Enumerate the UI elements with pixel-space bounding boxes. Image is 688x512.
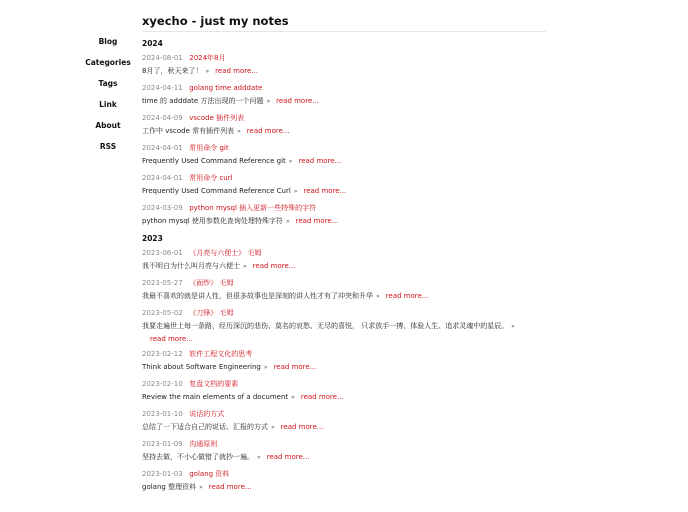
read-more-link[interactable]: read more... xyxy=(276,97,319,105)
separator-icon: » xyxy=(266,98,270,105)
read-more-link[interactable]: read more... xyxy=(253,262,296,270)
read-more-link[interactable]: read more... xyxy=(247,127,290,135)
post-summary: 我要走遍世上每一条路，经历深沉的悲伤、莫名的哀愁、无尽的喜悦， 只求放手一搏、体… xyxy=(142,322,508,330)
separator-icon: » xyxy=(257,454,261,461)
sidebar-item-blog[interactable]: Blog xyxy=(84,36,132,57)
post-title-link[interactable]: 《面纱》 毛姆 xyxy=(189,279,233,287)
post-date: 2024-04-09 xyxy=(142,112,187,124)
post-summary: 总结了一下适合自己的说话、汇报的方式 xyxy=(142,423,268,431)
post-date: 2023-01-09 xyxy=(142,438,187,450)
post-title-link[interactable]: 软件工程文化的思考 xyxy=(189,350,252,358)
read-more-link[interactable]: read more... xyxy=(303,187,346,195)
sidebar-item-rss[interactable]: RSS xyxy=(84,141,132,162)
post-item: 2023-02-12 软件工程文化的思考 Think about Softwar… xyxy=(142,348,546,375)
read-more-link[interactable]: read more... xyxy=(267,453,310,461)
post-title-link[interactable]: 沟通原则 xyxy=(189,440,217,448)
post-item: 2023-01-03 golang 资料 golang 整理资料»read mo… xyxy=(142,468,546,495)
post-date: 2024-04-11 xyxy=(142,82,187,94)
post-date: 2023-05-02 xyxy=(142,307,187,319)
separator-icon: » xyxy=(289,158,293,165)
post-summary: 8月了，秋天来了！ xyxy=(142,67,202,75)
main-content: xyecho - just my notes 2024 2024-08-01 2… xyxy=(142,13,546,495)
read-more-link[interactable]: read more... xyxy=(209,483,252,491)
post-item: 2023-01-09 沟通原则 坚持去做，不小心做错了就抄一遍。»read mo… xyxy=(142,438,546,465)
year-heading: 2024 xyxy=(142,38,546,49)
post-title-link[interactable]: python mysql 插入更新一些特殊的字符 xyxy=(189,204,316,212)
post-item: 2024-04-09 vscode 插件列表 工作中 vscode 常有插件列表… xyxy=(142,112,546,139)
separator-icon: » xyxy=(199,484,203,491)
sidebar-item-tags[interactable]: Tags xyxy=(84,78,132,99)
sidebar-item-about[interactable]: About xyxy=(84,120,132,141)
post-item: 2023-02-10 复盘文档的要素 Review the main eleme… xyxy=(142,378,546,405)
post-date: 2024-08-01 xyxy=(142,52,187,64)
post-title-link[interactable]: vscode 插件列表 xyxy=(189,114,244,122)
read-more-link[interactable]: read more... xyxy=(296,217,339,225)
read-more-link[interactable]: read more... xyxy=(298,157,341,165)
post-summary: python mysql 使用参数化查询处理特殊字符 xyxy=(142,217,283,225)
separator-icon: » xyxy=(294,188,298,195)
separator-icon: » xyxy=(264,364,268,371)
post-title-link[interactable]: 2024年8月 xyxy=(189,54,225,62)
site-title[interactable]: xyecho - just my notes xyxy=(142,13,546,30)
separator-icon: » xyxy=(291,394,295,401)
post-date: 2023-02-12 xyxy=(142,348,187,360)
post-item: 2023-06-01 《月亮与六便士》 毛姆 我不明白为什么叫月亮与六便士»re… xyxy=(142,247,546,274)
post-summary: 我不明白为什么叫月亮与六便士 xyxy=(142,262,240,270)
read-more-link[interactable]: read more... xyxy=(281,423,324,431)
post-title-link[interactable]: 复盘文档的要素 xyxy=(189,380,238,388)
read-more-link[interactable]: read more... xyxy=(215,67,258,75)
post-item: 2024-03-09 python mysql 插入更新一些特殊的字符 pyth… xyxy=(142,202,546,229)
post-title-link[interactable]: golang 资料 xyxy=(189,470,229,478)
read-more-link[interactable]: read more... xyxy=(386,292,429,300)
post-item: 2024-04-01 常用命令 curl Frequently Used Com… xyxy=(142,172,546,199)
post-title-link[interactable]: golang time adddate xyxy=(189,84,262,92)
post-summary: time 的 adddate 方法出现的一个问题 xyxy=(142,97,263,105)
separator-icon: » xyxy=(376,293,380,300)
post-item: 2023-01-10 说话的方式 总结了一下适合自己的说话、汇报的方式»read… xyxy=(142,408,546,435)
sidebar-nav: Blog Categories Tags Link About RSS xyxy=(84,36,132,162)
post-date: 2023-05-27 xyxy=(142,277,187,289)
post-summary: Review the main elements of a document xyxy=(142,393,288,401)
post-date: 2024-03-09 xyxy=(142,202,187,214)
post-date: 2023-02-10 xyxy=(142,378,187,390)
read-more-link[interactable]: read more... xyxy=(301,393,344,401)
post-date: 2023-01-03 xyxy=(142,468,187,480)
post-summary: Frequently Used Command Reference Curl xyxy=(142,187,291,195)
post-title-link[interactable]: 常用命令 git xyxy=(189,144,228,152)
post-date: 2024-04-01 xyxy=(142,172,187,184)
post-item: 2023-05-02 《刀锋》 毛姆 我要走遍世上每一条路，经历深沉的悲伤、莫名… xyxy=(142,307,546,345)
separator-icon: » xyxy=(237,128,241,135)
post-date: 2023-01-10 xyxy=(142,408,187,420)
post-title-link[interactable]: 《月亮与六便士》 毛姆 xyxy=(189,249,261,257)
post-title-link[interactable]: 《刀锋》 毛姆 xyxy=(189,309,233,317)
sidebar-item-categories[interactable]: Categories xyxy=(84,57,132,78)
page: Blog Categories Tags Link About RSS xyec… xyxy=(0,0,688,512)
separator-icon: » xyxy=(205,68,209,75)
title-divider xyxy=(142,31,546,32)
post-summary: 我最不喜欢的就是讲人性，但很多故事也是深刻的讲人性才有了冲突和升华 xyxy=(142,292,373,300)
post-summary: Frequently Used Command Reference git xyxy=(142,157,286,165)
post-summary: 工作中 vscode 常有插件列表 xyxy=(142,127,234,135)
post-item: 2024-08-01 2024年8月 8月了，秋天来了！»read more..… xyxy=(142,52,546,79)
read-more-link[interactable]: read more... xyxy=(150,333,546,345)
post-summary: golang 整理资料 xyxy=(142,483,196,491)
post-item: 2023-05-27 《面纱》 毛姆 我最不喜欢的就是讲人性，但很多故事也是深刻… xyxy=(142,277,546,304)
separator-icon: » xyxy=(511,323,515,330)
post-date: 2023-06-01 xyxy=(142,247,187,259)
post-title-link[interactable]: 常用命令 curl xyxy=(189,174,232,182)
sidebar-item-link[interactable]: Link xyxy=(84,99,132,120)
post-date: 2024-04-01 xyxy=(142,142,187,154)
separator-icon: » xyxy=(286,218,290,225)
post-summary: Think about Software Engineering xyxy=(142,363,261,371)
read-more-link[interactable]: read more... xyxy=(274,363,317,371)
post-item: 2024-04-11 golang time adddate time 的 ad… xyxy=(142,82,546,109)
separator-icon: » xyxy=(271,424,275,431)
post-item: 2024-04-01 常用命令 git Frequently Used Comm… xyxy=(142,142,546,169)
post-summary: 坚持去做，不小心做错了就抄一遍。 xyxy=(142,453,254,461)
separator-icon: » xyxy=(243,263,247,270)
year-heading: 2023 xyxy=(142,233,546,244)
post-title-link[interactable]: 说话的方式 xyxy=(189,410,224,418)
